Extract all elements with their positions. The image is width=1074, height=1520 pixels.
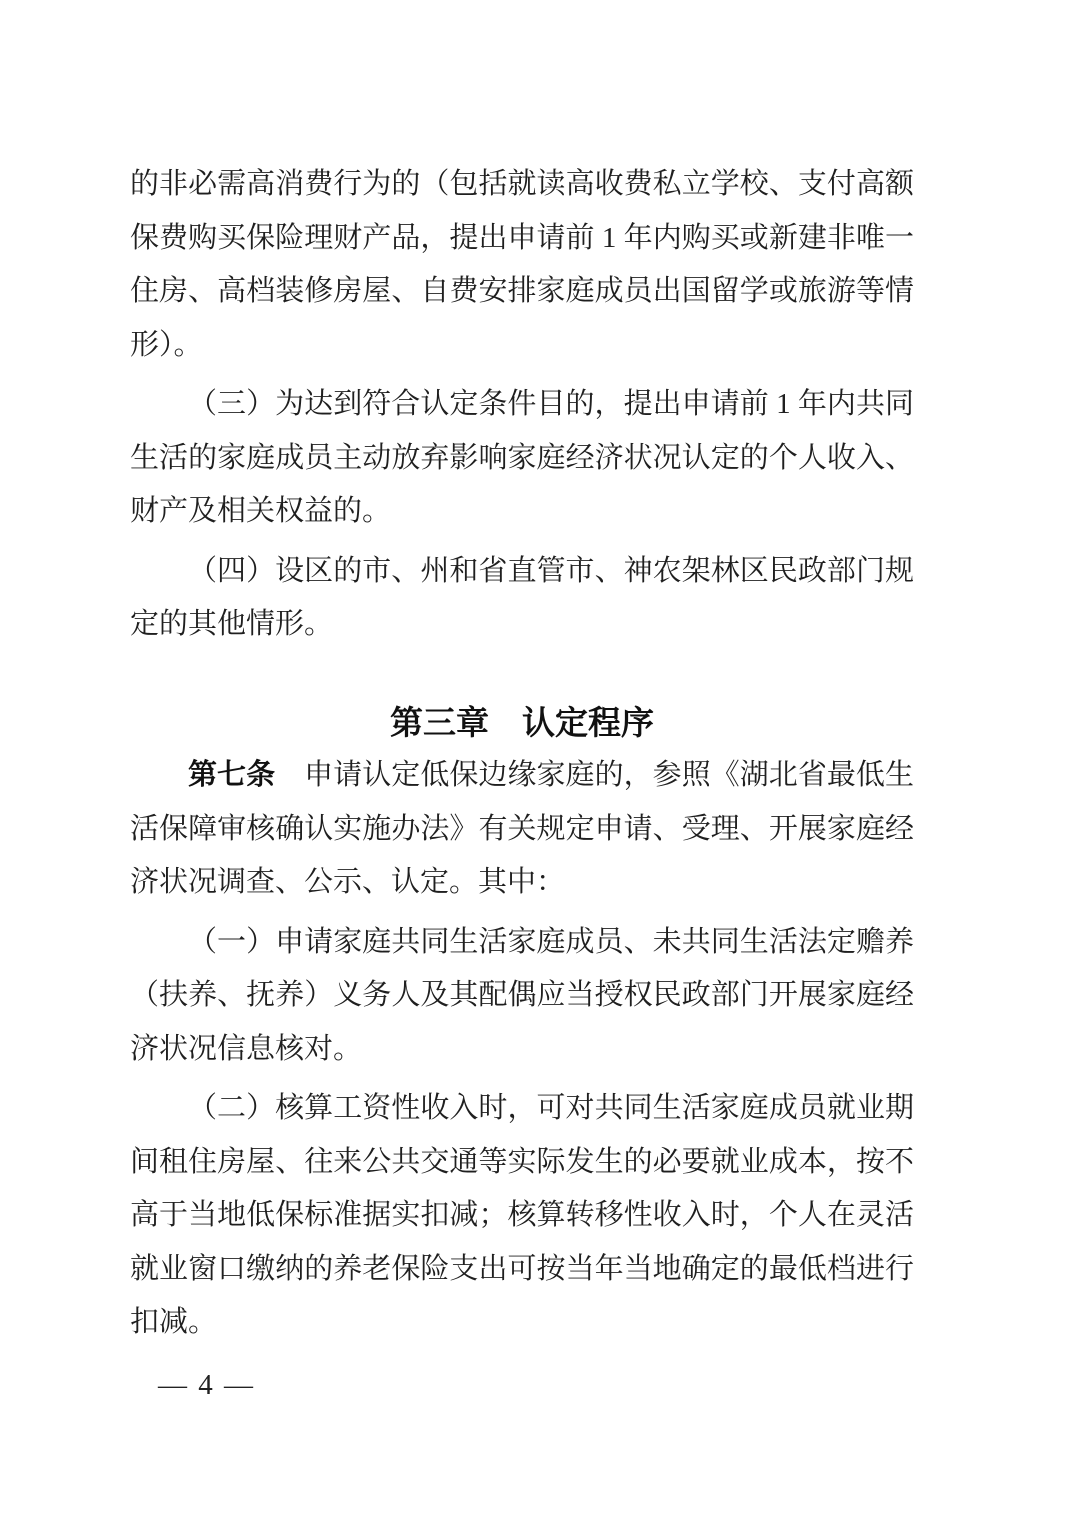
paragraph-article7-item-2: （二）核算工资性收入时，可对共同生活家庭成员就业期间租住房屋、往来公共交通等实际… (130, 1082, 914, 1350)
paragraph-item-3: （三）为达到符合认定条件目的，提出申请前 1 年内共同生活的家庭成员主动放弃影响… (130, 378, 914, 539)
paragraph-item-4: （四）设区的市、州和省直管市、神农架林区民政部门规定的其他情形。 (130, 545, 914, 652)
paragraph-article-7: 第七条 申请认定低保边缘家庭的，参照《湖北省最低生活保障审核确认实施办法》有关规… (130, 749, 914, 910)
document-page: 的非必需高消费行为的（包括就读高收费私立学校、支付高额保费购买保险理财产品，提出… (0, 0, 1074, 1520)
paragraph-article7-item-1: （一）申请家庭共同生活家庭成员、未共同生活法定赡养（扶养、抚养）义务人及其配偶应… (130, 916, 914, 1077)
paragraph-continuation-item-2: 的非必需高消费行为的（包括就读高收费私立学校、支付高额保费购买保险理财产品，提出… (130, 158, 914, 372)
chapter-heading: 第三章 认定程序 (130, 696, 914, 750)
article-number-label: 第七条 (188, 759, 275, 791)
document-body: 的非必需高消费行为的（包括就读高收费私立学校、支付高额保费购买保险理财产品，提出… (130, 158, 914, 1356)
page-number: — 4 — (158, 1368, 255, 1402)
